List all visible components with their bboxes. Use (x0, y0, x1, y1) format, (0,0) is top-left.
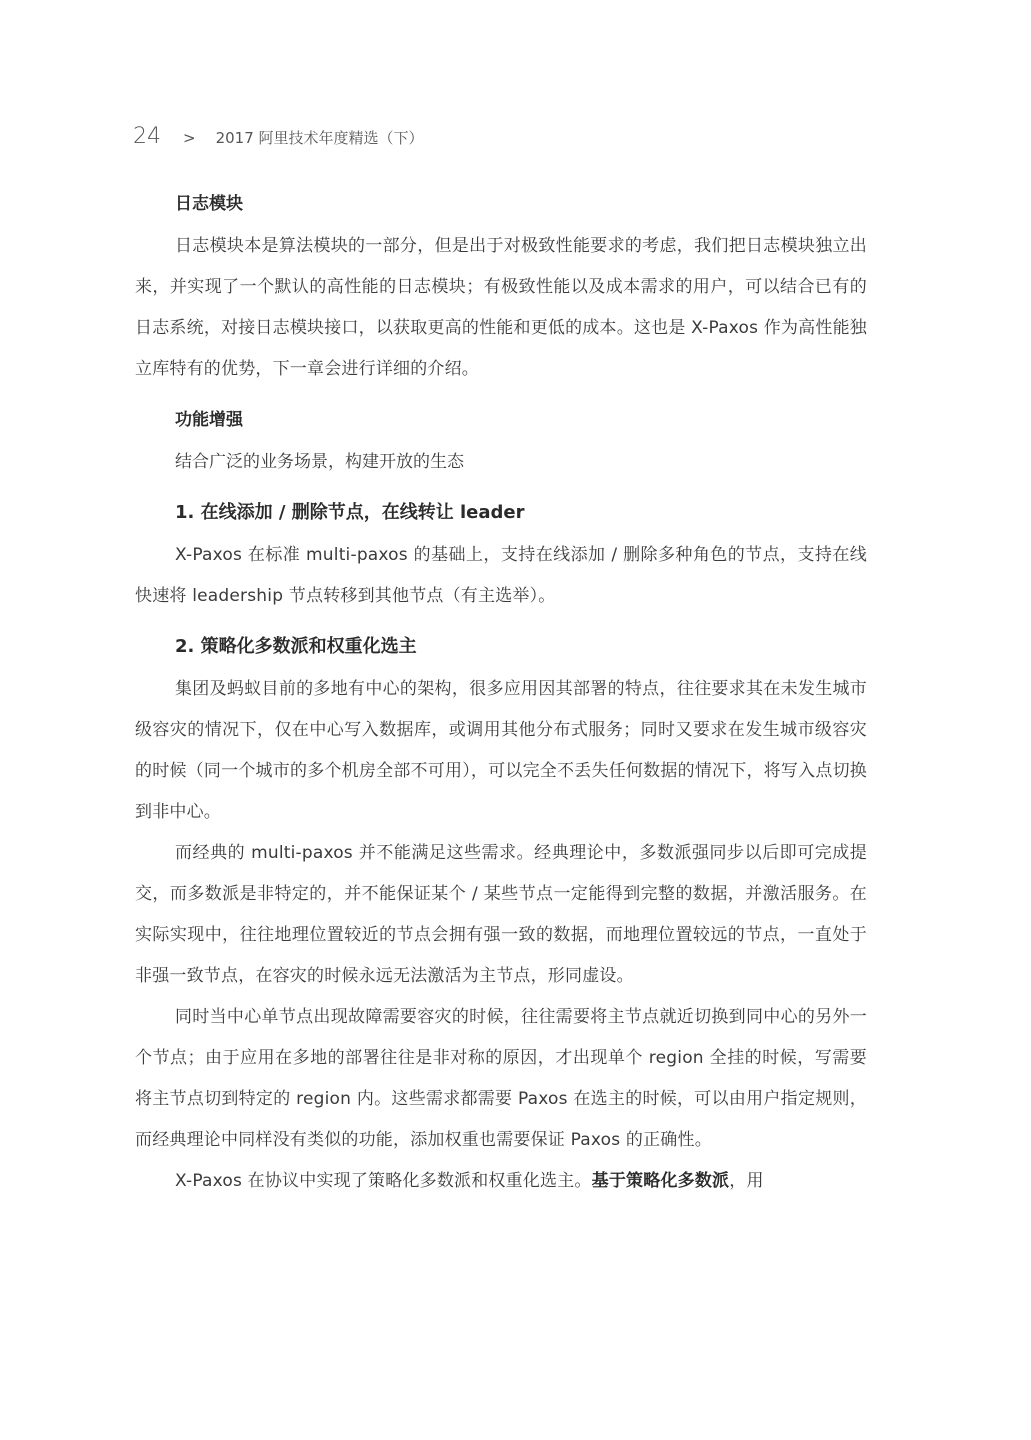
heading-log-module: 日志模块 (135, 188, 867, 220)
bold-phrase: 基于策略化多数派 (592, 1171, 730, 1191)
heading-online-add-remove: 1. 在线添加 / 删除节点，在线转让 leader (135, 497, 867, 529)
heading-feature-enhancement: 功能增强 (135, 404, 867, 436)
paragraph-text: X-Paxos 在协议中实现了策略化多数派和权重化选主。 (175, 1171, 592, 1191)
book-title: 2017 阿里技术年度精选（下） (216, 127, 424, 148)
paragraph-online-add-remove: X-Paxos 在标准 multi-paxos 的基础上，支持在线添加 / 删除… (135, 535, 867, 617)
paragraph-log-module: 日志模块本是算法模块的一部分，但是出于对极致性能要求的考虑，我们把日志模块独立出… (135, 226, 867, 390)
paragraph-feature-enhancement: 结合广泛的业务场景，构建开放的生态 (135, 442, 867, 483)
page-body: 日志模块 日志模块本是算法模块的一部分，但是出于对极致性能要求的考虑，我们把日志… (135, 188, 867, 1202)
header-separator: > (183, 129, 196, 147)
paragraph-policy-3: 同时当中心单节点出现故障需要容灾的时候，往往需要将主节点就近切换到同中心的另外一… (135, 997, 867, 1161)
paragraph-policy-1: 集团及蚂蚁目前的多地有中心的架构，很多应用因其部署的特点，往往要求其在未发生城市… (135, 669, 867, 833)
page-number: 24 (133, 124, 161, 149)
paragraph-policy-4: X-Paxos 在协议中实现了策略化多数派和权重化选主。基于策略化多数派，用 (135, 1161, 867, 1202)
paragraph-policy-2: 而经典的 multi-paxos 并不能满足这些需求。经典理论中，多数派强同步以… (135, 833, 867, 997)
paragraph-text-tail: ，用 (729, 1171, 763, 1191)
running-header: 24 > 2017 阿里技术年度精选（下） (133, 124, 424, 149)
heading-policy-majority: 2. 策略化多数派和权重化选主 (135, 631, 867, 663)
